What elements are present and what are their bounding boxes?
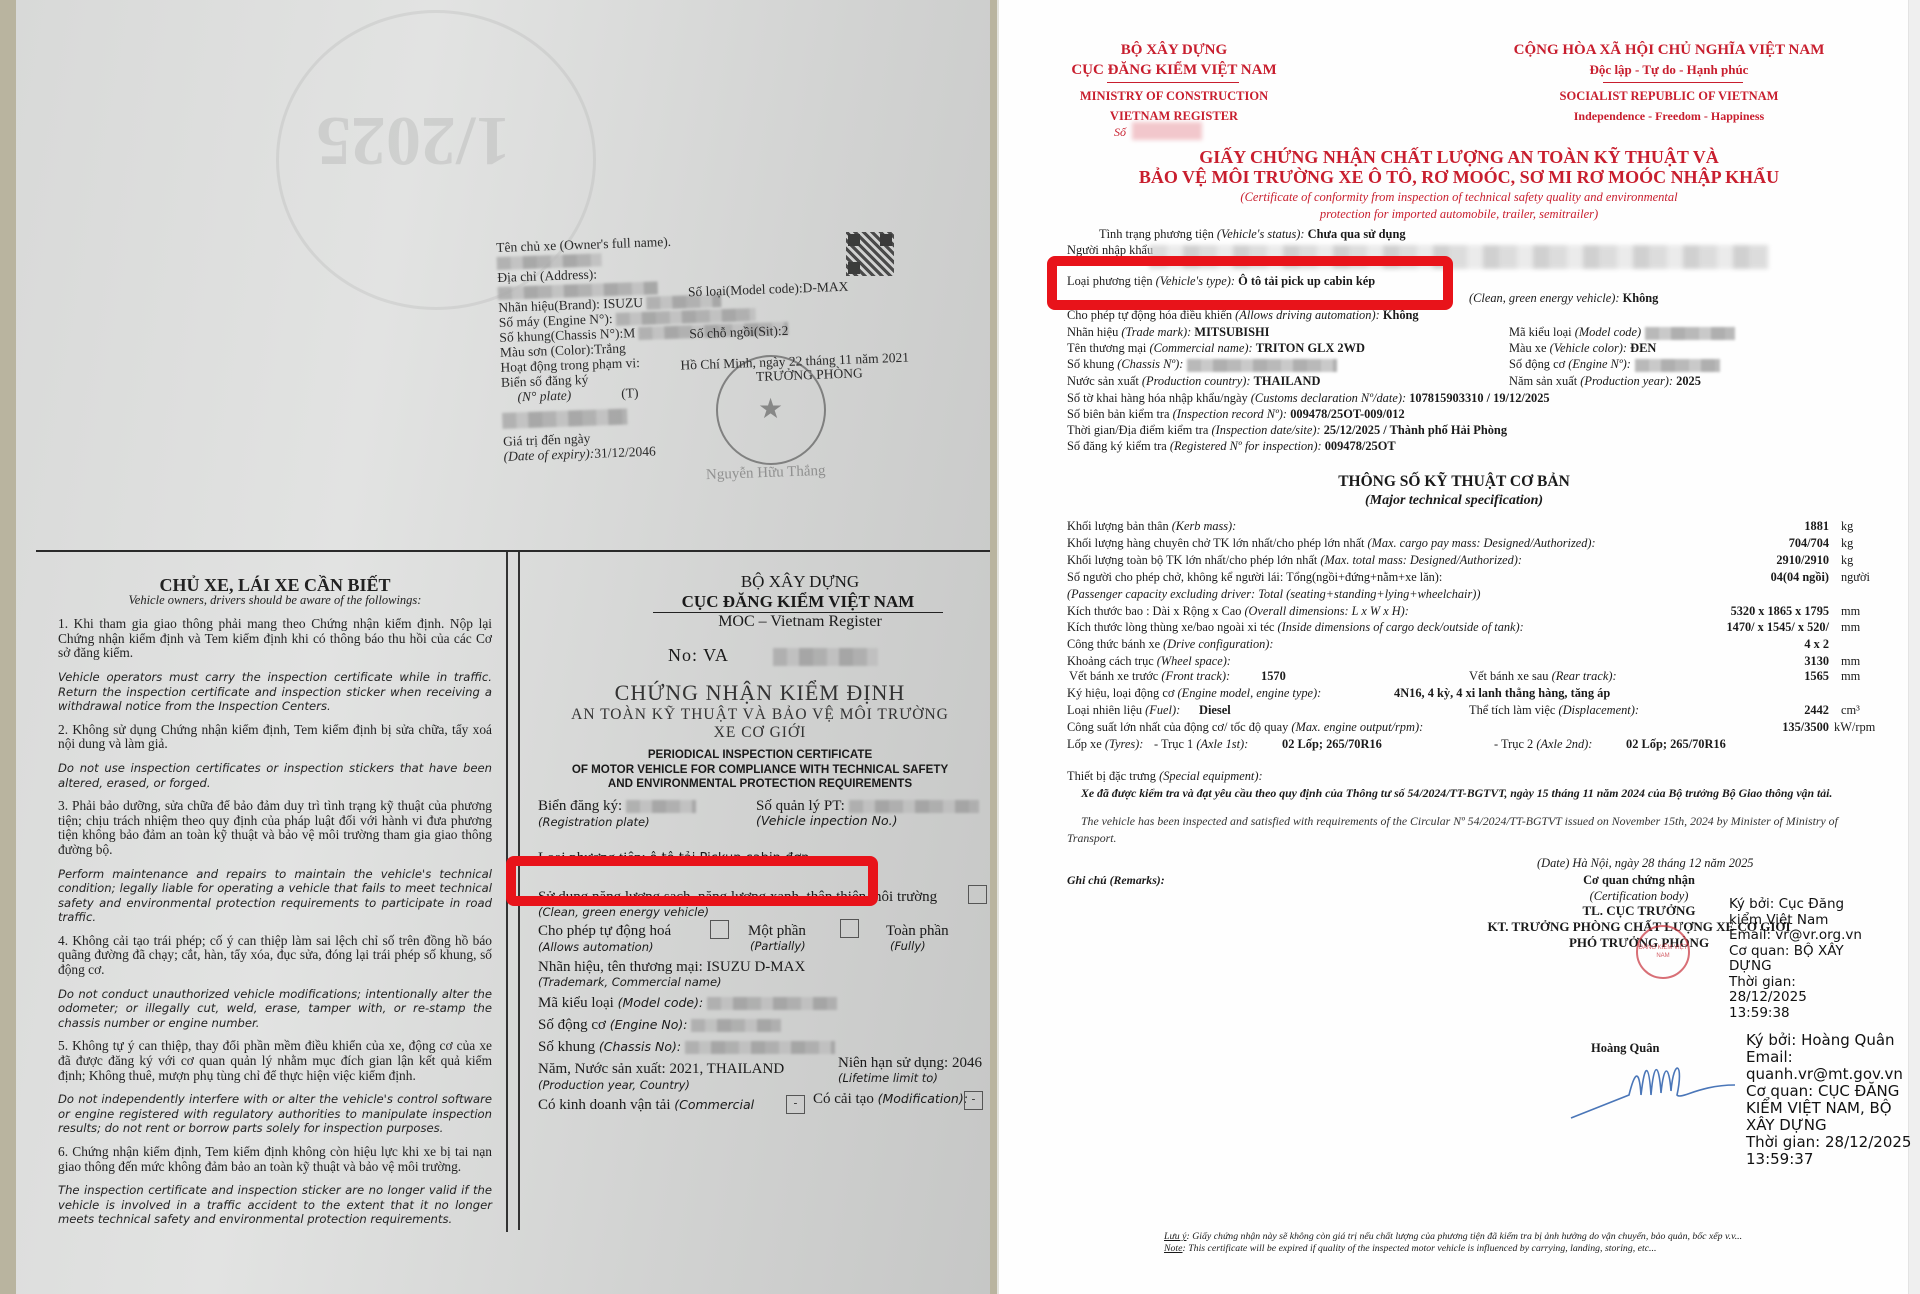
cert-title-line2: BẢO VỆ MÔI TRƯỜNG XE Ô TÔ, RƠ MOÓC, SƠ M… [1019, 166, 1899, 188]
country-value: THAILAND [1254, 374, 1321, 388]
automation-sub: (Allows automation) [538, 940, 653, 954]
sign-role-1: TL. CỤC TRƯỞNG [1519, 903, 1759, 920]
rule-1-vi: 1. Khi tham gia giao thông phải mang the… [58, 617, 492, 661]
signature-line: DỰNG [1729, 959, 1862, 975]
cert-title: CHỨNG NHẬN KIỂM ĐỊNH [538, 680, 982, 706]
trademark-value: MITSUBISHI [1194, 325, 1269, 339]
spec-value: 1881 [1699, 518, 1829, 535]
spec-unit: người [1841, 569, 1870, 586]
customs-value: 107815903310 / 19/12/2025 [1409, 391, 1549, 405]
plate-type: (T) [621, 385, 639, 401]
power-unit: kW/rpm [1834, 719, 1875, 736]
spec-row: (Passenger capacity excluding driver: To… [1067, 586, 1480, 603]
certification-body: Cơ quan chứng nhận [1519, 872, 1759, 889]
rear-track-unit: mm [1841, 668, 1860, 685]
lifetime-label: Niên hạn sử dụng: [838, 1055, 948, 1071]
model-code-label: Số loại(Model code): [688, 280, 803, 299]
modification-label: Có cải tạo [813, 1091, 874, 1107]
registered-field: Số đăng ký kiểm tra (Registered Nº for i… [1067, 438, 1396, 455]
customs-field: Số tờ khai hàng hóa nhập khẩu/ngày (Cust… [1067, 390, 1550, 407]
mgmt-number-sub: (Vehicle inpection No.) [756, 814, 897, 828]
signature-line: Ký bởi: Hoàng Quân [1746, 1032, 1911, 1049]
automation-full-checkbox[interactable] [840, 919, 859, 938]
spec-row: Kích thước bao : Dài x Rộng x Cao (Overa… [1067, 603, 1409, 620]
mgmt-number-label: Số quản lý PT: [756, 798, 845, 814]
cert-title-en: PERIODICAL INSPECTION CERTIFICATE OF MOT… [538, 748, 982, 792]
expiry-value: 31/12/2046 [594, 444, 656, 461]
partial-sub: (Partially) [750, 939, 806, 953]
spec-value: 04(04 ngồi) [1699, 569, 1829, 586]
power-field: Công suất lớn nhất của động cơ/ tốc độ q… [1067, 719, 1423, 736]
spec-value: 2910/2910 [1699, 552, 1829, 569]
rule-3-en: Perform maintenance and repairs to maint… [58, 867, 492, 925]
rules-subtitle: Vehicle owners, drivers should be aware … [58, 593, 492, 608]
red-official-stamp: ĐĂNG KIỂM VIỆT NAM [1636, 925, 1690, 979]
trademark-value: ISUZU D-MAX [707, 959, 806, 975]
engine-number-field: Số động cơ (Engine Nº): [1509, 356, 1720, 373]
cert-title-en-3: AND ENVIRONMENTAL PROTECTION REQUIREMENT… [538, 777, 982, 792]
green-energy-value: Không [1623, 291, 1659, 305]
rule-2-en: Do not use inspection certificates or in… [58, 761, 492, 790]
header-country-en: SOCIALIST REPUBLIC OF VIETNAM [1479, 86, 1859, 106]
color-field: Màu xe (Vehicle color): ĐEN [1509, 340, 1656, 357]
engine-model-value: 4N16, 4 kỳ, 4 xi lanh thẳng hàng, tăng á… [1394, 686, 1610, 700]
spec-value: 704/704 [1699, 535, 1829, 552]
engine-model-field: Ký hiệu, loại động cơ (Engine model, eng… [1067, 685, 1321, 702]
displacement-value: 2442 [1804, 703, 1829, 717]
model-code-field: Mã kiểu loại (Model code) [1509, 324, 1735, 341]
green-energy-checkbox[interactable] [968, 885, 987, 904]
rule-2-vi: 2. Không sử dụng Chứng nhận kiểm định, T… [58, 723, 492, 752]
redacted-chassis [685, 1041, 835, 1054]
vehicle-type-highlight-box-right [1047, 256, 1453, 310]
chassis-label: Số khung [538, 1039, 595, 1055]
trademark-label: Nhãn hiệu, tên thương mại: [538, 959, 703, 975]
cert-agency-en: MOC – Vietnam Register [618, 613, 982, 631]
redacted-model-code [1645, 327, 1735, 340]
spec-row: Khối lượng hàng chuyên chở TK lớn nhất/c… [1067, 535, 1596, 552]
spec-value: 5320 x 1865 x 1795 [1699, 603, 1829, 620]
cert-title-en-2: OF MOTOR VEHICLE FOR COMPLIANCE WITH TEC… [538, 763, 982, 778]
year-value: 2025 [1676, 374, 1701, 388]
rule-4-en: Do not conduct unauthorized vehicle modi… [58, 987, 492, 1031]
commercial-transport-sub: (Commercial [674, 1097, 754, 1112]
spec-title: THÔNG SỐ KỸ THUẬT CƠ BẢN [999, 474, 1909, 491]
spec-row: Khối lượng toàn bộ TK lớn nhất/cho phép … [1067, 552, 1522, 569]
full-sub: (Fully) [890, 939, 926, 953]
spec-value: 1470/ x 1545/ x 520/ [1699, 619, 1829, 636]
redacted-engine [691, 1019, 781, 1032]
spec-unit: kg [1841, 552, 1853, 569]
status-field: Tình trạng phương tiện (Vehicle's status… [1099, 226, 1406, 243]
spec-value: 4 x 2 [1699, 636, 1829, 653]
signature-line: 28/12/2025 [1729, 990, 1862, 1006]
cert-title-en1: (Certificate of conformity from inspecti… [1019, 189, 1899, 206]
redacted-model-code [707, 997, 837, 1010]
record-value: 009478/25OT-009/012 [1290, 407, 1405, 421]
rear-track-value: 1565 [1804, 669, 1829, 683]
cert-title-line1: GIẤY CHỨNG NHẬN CHẤT LƯỢNG AN TOÀN KỸ TH… [1019, 146, 1899, 168]
spec-row: Khối lượng bản thân (Kerb mass): [1067, 518, 1236, 535]
redacted-chassis [1187, 359, 1337, 372]
cert-agency: CỤC ĐĂNG KIỂM VIỆT NAM [653, 592, 943, 613]
registered-value: 009478/25OT [1325, 439, 1396, 453]
chassis-sub: (Chassis No): [599, 1039, 681, 1054]
date-site-field: Thời gian/Địa điểm kiểm tra (Inspection … [1067, 422, 1507, 439]
redacted-doc-number [1132, 122, 1202, 140]
signature-line: Email: vr@vr.org.vn [1729, 928, 1862, 944]
plate-sub: (N° plate) [517, 387, 571, 404]
redacted-cert-number [773, 648, 878, 666]
engine-sub: (Engine No): [610, 1017, 688, 1032]
note-en: Note: This certificate will be expired i… [1164, 1243, 1656, 1255]
rule-1-en: Vehicle operators must carry the inspect… [58, 670, 492, 714]
production-year-value: 2021, THAILAND [669, 1061, 784, 1077]
displacement-field: Thể tích làm việc (Displacement): [1469, 702, 1639, 719]
color-value: Trắng [594, 341, 626, 357]
power-value: 135/3500 [1782, 720, 1829, 734]
motto-underline [1603, 82, 1743, 83]
reg-plate-label: Biển đăng ký: [538, 798, 622, 814]
rule-5-en: Do not independently interfere with or a… [58, 1092, 492, 1136]
cert-title-en-1: PERIODICAL INSPECTION CERTIFICATE [538, 748, 982, 763]
redacted-mgmt-number [849, 800, 979, 813]
green-energy-field: (Clean, green energy vehicle): Không [1469, 290, 1658, 307]
issue-date: (Date) Hà Nội, ngày 28 tháng 12 năm 2025 [1537, 855, 1753, 872]
signature-line: Thời gian: 28/12/2025 [1746, 1134, 1911, 1151]
handwritten-signature-icon [1569, 1055, 1739, 1125]
rule-5-vi: 5. Không tự ý can thiệp, thay đổi phần m… [58, 1039, 492, 1083]
import-conformity-certificate: BỘ XÂY DỰNG CỤC ĐĂNG KIỂM VIỆT NAM MINIS… [997, 0, 1920, 1294]
owner-rules-panel: CHỦ XE, LÁI XE CẦN BIẾT Vehicle owners, … [38, 552, 508, 1232]
spec-row: Kích thước lòng thùng xe/bao ngoài xi té… [1067, 619, 1524, 636]
commercial-name-field: Tên thương mại (Commercial name): TRITON… [1067, 340, 1365, 357]
model-code-label: Mã kiểu loại [538, 995, 614, 1011]
signature-line: Cơ quan: CỤC ĐĂNG [1746, 1083, 1911, 1100]
axle1-tyres-value: 02 Lốp; 265/70R16 [1282, 737, 1382, 751]
chassis-field: Số khung (Chassis Nº): [1067, 356, 1337, 373]
fuel-field: Loại nhiên liệu (Fuel): [1067, 702, 1180, 719]
color-value: ĐEN [1630, 341, 1656, 355]
front-track-field: Vết bánh xe trước (Front track): [1069, 668, 1230, 685]
front-track-value: 1570 [1261, 669, 1286, 683]
header-motto: Độc lập - Tự do - Hạnh phúc [1479, 60, 1859, 80]
digital-signature-signer: Ký bởi: Hoàng QuânEmail:quanh.vr@mt.gov.… [1746, 1032, 1911, 1168]
header-country: CỘNG HÒA XÃ HỘI CHỦ NGHĨA VIỆT NAM [1479, 40, 1859, 60]
signature-line: Cơ quan: BỘ XÂY [1729, 944, 1862, 960]
rule-6-en: The inspection certificate and inspectio… [58, 1183, 492, 1227]
header-ministry-en: MINISTRY OF CONSTRUCTION [1059, 86, 1289, 106]
header-underline [1107, 82, 1239, 83]
signature-line: Thời gian: [1729, 975, 1862, 991]
cert-number-label: No: VA [668, 645, 728, 665]
lifetime-sub: (Lifetime limit to) [838, 1071, 938, 1085]
automation-partial-checkbox[interactable] [710, 920, 729, 939]
signature-line: KIỂM VIỆT NAM, BỘ [1746, 1100, 1911, 1117]
tyres-field: Lốp xe (Tyres): [1067, 736, 1143, 753]
commercial-name-value: TRITON GLX 2WD [1256, 341, 1365, 355]
compliance-en: The vehicle has been inspected and satis… [1067, 813, 1867, 846]
doc-number-label: Số [1114, 125, 1126, 140]
model-code-value: D-MAX [802, 279, 848, 296]
signature-line: kiểm Việt Nam [1729, 913, 1862, 929]
lifetime-value: 2046 [952, 1055, 982, 1071]
rule-4-vi: 4. Không cải tạo trái phép; cố ý can thi… [58, 934, 492, 978]
modification-checkbox[interactable]: - [964, 1091, 983, 1110]
date-site-value: 25/12/2025 / Thành phố Hải Phòng [1324, 423, 1507, 437]
signature-line: 13:59:38 [1729, 1006, 1862, 1022]
spec-unit: kg [1841, 518, 1853, 535]
status-value: Chưa qua sử dụng [1308, 227, 1406, 241]
automation-value: Không [1383, 308, 1419, 322]
rule-6-vi: 6. Chứng nhận kiểm định, Tem kiểm định k… [58, 1145, 492, 1174]
cert-title-en2: protection for imported automobile, trai… [1019, 206, 1899, 223]
displacement-unit: cm³ [1841, 702, 1860, 719]
signature-line: quanh.vr@mt.gov.vn [1746, 1066, 1911, 1083]
engine-label: Số động cơ [538, 1017, 606, 1033]
header-motto-en: Independence - Freedom - Happiness [1479, 106, 1859, 126]
official-stamp [716, 355, 826, 465]
header-ministry: BỘ XÂY DỰNG [1059, 40, 1289, 60]
signature-line: Email: [1746, 1049, 1911, 1066]
special-equipment-field: Thiết bị đặc trưng (Special equipment): [1067, 768, 1263, 785]
commercial-transport-label: Có kinh doanh vận tải [538, 1097, 670, 1113]
spec-row: Công thức bánh xe (Drive configuration): [1067, 636, 1273, 653]
partial-label: Một phần [748, 923, 806, 939]
full-label: Toàn phần [886, 923, 949, 939]
production-year-label: Năm, Nước sản xuất: [538, 1061, 666, 1077]
header-agency: CỤC ĐĂNG KIỂM VIỆT NAM [1059, 60, 1289, 80]
signer-name: Nguyễn Hữu Thắng [706, 463, 826, 484]
cert-ministry: BỘ XÂY DỰNG [618, 572, 982, 592]
country-field: Nước sản xuất (Production country): THAI… [1067, 373, 1320, 390]
modification-sub: (Modification): [878, 1091, 968, 1106]
rule-3-vi: 3. Phải bảo dưỡng, sửa chữa để bảo đảm d… [58, 799, 492, 857]
automation-label: Cho phép tự động hoá [538, 923, 671, 939]
inspection-certificate-photo: 1/2025 Tên chủ xe (Owner's full name). Đ… [16, 0, 990, 1294]
redacted-engine-number [1635, 359, 1720, 372]
spec-title-en: (Major technical specification) [999, 493, 1909, 510]
compliance-vi: Xe đã được kiểm tra và đạt yêu cầu theo … [1067, 785, 1867, 802]
spec-row: Số người cho phép chở, không kể người lá… [1067, 569, 1442, 586]
signature-line: 13:59:37 [1746, 1151, 1911, 1168]
vehicle-type-highlight-box [506, 856, 878, 906]
axle2-tyres-value: 02 Lốp; 265/70R16 [1626, 737, 1726, 751]
remarks-label: Ghi chú (Remarks): [1067, 872, 1165, 889]
rear-track-field: Vết bánh xe sau (Rear track): [1469, 668, 1617, 685]
note-vi: Lưu ý: Giấy chứng nhận này sẽ không còn … [1164, 1231, 1742, 1243]
digital-signature-agency: Ký bởi: Cục Đăngkiểm Việt NamEmail: vr@v… [1729, 897, 1862, 1021]
rules-title: CHỦ XE, LÁI XE CẦN BIẾT [58, 578, 492, 593]
spec-unit: mm [1841, 603, 1860, 620]
production-year-sub: (Production year, Country) [538, 1078, 690, 1092]
model-code-sub: (Model code): [618, 995, 704, 1010]
redacted-plate [626, 800, 696, 813]
signature-line: XÂY DỰNG [1746, 1117, 1911, 1134]
spec-unit: kg [1841, 535, 1853, 552]
commercial-transport-checkbox[interactable]: - [786, 1095, 805, 1114]
trademark-field: Nhãn hiệu (Trade mark): MITSUBISHI [1067, 324, 1269, 341]
spec-unit: mm [1841, 619, 1860, 636]
expiry-sub: (Date of expiry): [503, 446, 594, 464]
record-field: Số biên bản kiểm tra (Inspection record … [1067, 406, 1405, 423]
brand-value: ISUZU [603, 295, 643, 311]
cert-title-line2: AN TOÀN KỸ THUẬT VÀ BẢO VỆ MÔI TRƯỜNG [538, 706, 982, 724]
redacted-plate [502, 408, 627, 428]
signature-line: Ký bởi: Cục Đăng [1729, 897, 1862, 913]
green-energy-sub: (Clean, green energy vehicle) [538, 905, 982, 919]
cert-title-line3: XE CƠ GIỚI [538, 724, 982, 742]
chassis-prefix: M [623, 325, 636, 340]
reg-plate-sub: (Registration plate) [538, 815, 650, 829]
faint-stamp-number: 1/2025 [316, 100, 510, 180]
fuel-value: Diesel [1199, 703, 1231, 717]
trademark-sub: (Trademark, Commercial name) [538, 975, 982, 989]
year-field: Năm sản xuất (Production year): 2025 [1509, 373, 1701, 390]
